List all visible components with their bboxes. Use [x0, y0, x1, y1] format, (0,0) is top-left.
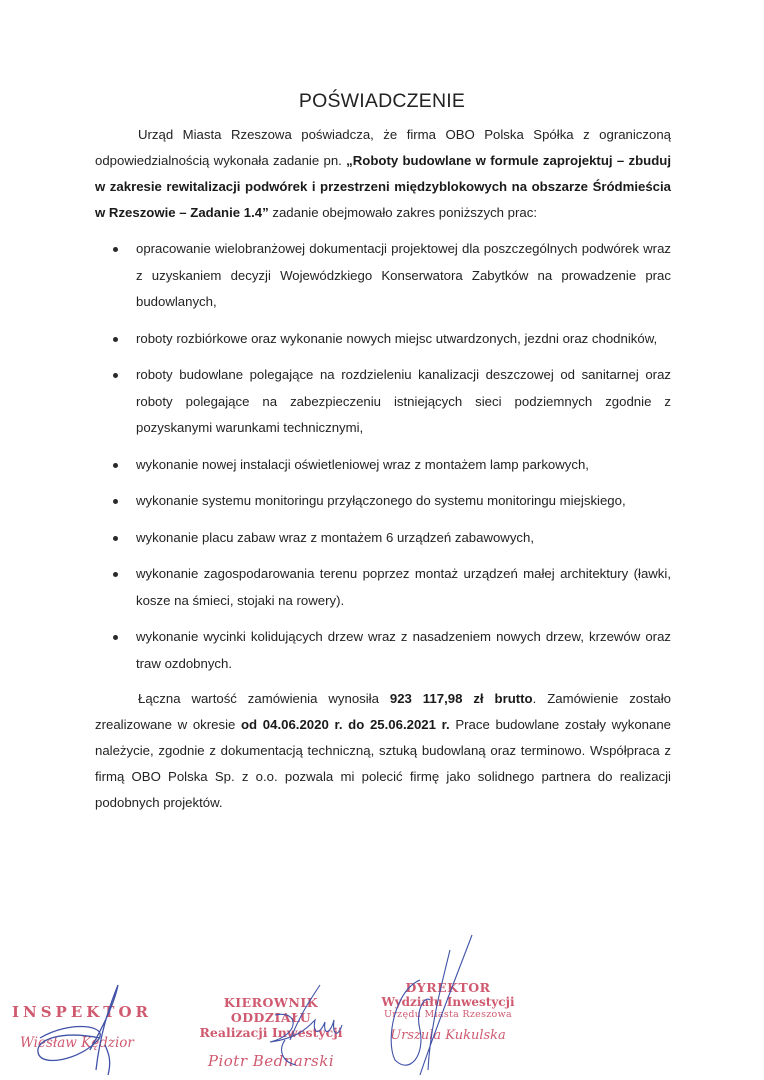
- scope-item-text: wykonanie placu zabaw wraz z montażem 6 …: [136, 530, 534, 545]
- bullet-icon: [113, 373, 118, 378]
- stamp-unit: Wydziału Inwestycji: [368, 995, 528, 1009]
- scope-item: roboty budowlane polegające na rozdziele…: [95, 362, 671, 442]
- bullet-icon: [113, 247, 118, 252]
- scope-item: wykonanie systemu monitoringu przyłączon…: [95, 488, 671, 515]
- scope-item: roboty rozbiórkowe oraz wykonanie nowych…: [95, 326, 671, 353]
- stamp-unit-2: Urzędu Miasta Rzeszowa: [368, 1009, 528, 1020]
- bullet-icon: [113, 337, 118, 342]
- scope-item-text: wykonanie nowej instalacji oświetleniowe…: [136, 457, 589, 472]
- scope-item-text: opracowanie wielobranżowej dokumentacji …: [136, 241, 671, 309]
- bullet-icon: [113, 635, 118, 640]
- summary-paragraph: Łączna wartość zamówienia wynosiła 923 1…: [95, 686, 671, 816]
- stamp-role: KIEROWNIK ODDZIAŁU: [186, 995, 356, 1025]
- scope-item: opracowanie wielobranżowej dokumentacji …: [95, 236, 671, 316]
- bullet-icon: [113, 499, 118, 504]
- scope-item-text: roboty budowlane polegające na rozdziele…: [136, 367, 671, 435]
- stamp-name: Urszula Kukulska: [368, 1028, 528, 1043]
- order-period: od 04.06.2020 r. do 25.06.2021 r.: [241, 717, 450, 732]
- stamp-unit: Realizacji Inwestycji: [186, 1025, 356, 1040]
- scope-item-text: roboty rozbiórkowe oraz wykonanie nowych…: [136, 331, 657, 346]
- scope-item-text: wykonanie systemu monitoringu przyłączon…: [136, 493, 626, 508]
- order-value: 923 117,98 zł brutto: [390, 691, 533, 706]
- stamp-role: DYREKTOR: [368, 980, 528, 995]
- scope-item: wykonanie placu zabaw wraz z montażem 6 …: [95, 525, 671, 552]
- scope-item: wykonanie nowej instalacji oświetleniowe…: [95, 452, 671, 479]
- scope-item-text: wykonanie zagospodarowania terenu poprze…: [136, 566, 671, 608]
- scope-list: opracowanie wielobranżowej dokumentacji …: [95, 236, 671, 687]
- stamp-name: Wiesław Kędzior: [20, 1035, 152, 1051]
- bullet-icon: [113, 463, 118, 468]
- bullet-icon: [113, 536, 118, 541]
- stamp-name: Piotr Bednarski: [186, 1052, 356, 1070]
- scope-item-text: wykonanie wycinki kolidujących drzew wra…: [136, 629, 671, 671]
- stamp-director: DYREKTOR Wydziału Inwestycji Urzędu Mias…: [368, 980, 528, 1043]
- intro-paragraph: Urząd Miasta Rzeszowa poświadcza, że fir…: [95, 122, 671, 226]
- stamp-role: INSPEKTOR: [12, 1003, 152, 1021]
- scope-item: wykonanie zagospodarowania terenu poprze…: [95, 561, 671, 614]
- scope-item: wykonanie wycinki kolidujących drzew wra…: [95, 624, 671, 677]
- document-title: POŚWIADCZENIE: [0, 90, 764, 113]
- stamp-department-head: KIEROWNIK ODDZIAŁU Realizacji Inwestycji…: [186, 995, 356, 1070]
- intro-tail: zadanie obejmowało zakres poniższych pra…: [269, 205, 537, 220]
- bullet-icon: [113, 572, 118, 577]
- certificate-page: POŚWIADCZENIE Urząd Miasta Rzeszowa pośw…: [0, 0, 764, 1080]
- stamp-inspector: INSPEKTOR Wiesław Kędzior: [12, 1003, 152, 1051]
- summary-text: Łączna wartość zamówienia wynosiła: [138, 691, 390, 706]
